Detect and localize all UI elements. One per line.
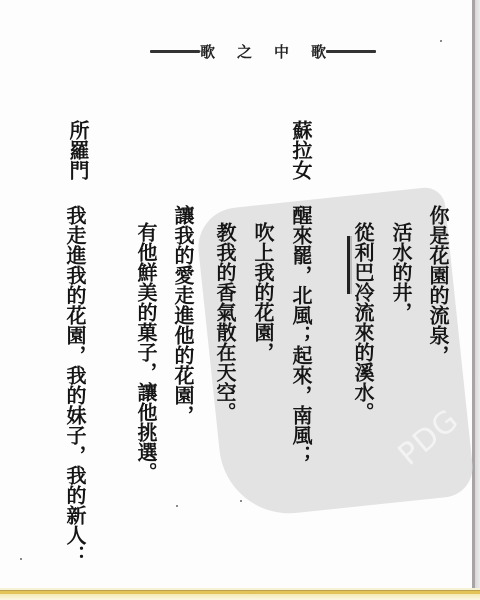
- header-rule-left: [150, 50, 200, 53]
- header-char: 之: [237, 41, 252, 62]
- header-char: 歌: [200, 41, 215, 62]
- header-title: 歌 之 中 歌: [200, 41, 326, 62]
- header-char: 中: [274, 41, 289, 62]
- verse-line: 從利巴冷流來的溪水。: [352, 222, 374, 422]
- verse-line: 教我的香氣散在天空。: [214, 222, 236, 422]
- verse-line: 你是花園的流泉，: [427, 205, 449, 365]
- verse-line: 我走進我的花園，我的妹子，我的新人：: [64, 205, 86, 565]
- scan-speck: [440, 40, 442, 42]
- scan-speck: [240, 500, 242, 502]
- header-char: 歌: [311, 41, 326, 62]
- verse-line: 活水的井，: [390, 222, 412, 322]
- verse-line: 醒來罷，北風；起來，南風；: [290, 205, 312, 465]
- page-right-edge: [472, 0, 480, 588]
- scan-speck: [176, 505, 178, 507]
- page-bottom-edge: [0, 588, 480, 600]
- speaker-label: 所羅門: [64, 120, 93, 180]
- speaker-label: 蘇拉女: [287, 120, 316, 180]
- proper-name-underline: [347, 236, 350, 294]
- header-rule-right: [326, 50, 376, 53]
- verse-line: 有他鮮美的菓子，讓他挑選。: [135, 222, 157, 482]
- verse-line: 吹上我的花園，: [252, 222, 274, 362]
- verse-line: 讓我的愛走進他的花園，: [172, 205, 194, 425]
- running-header: 歌 之 中 歌: [150, 40, 370, 62]
- scan-speck: [20, 558, 22, 560]
